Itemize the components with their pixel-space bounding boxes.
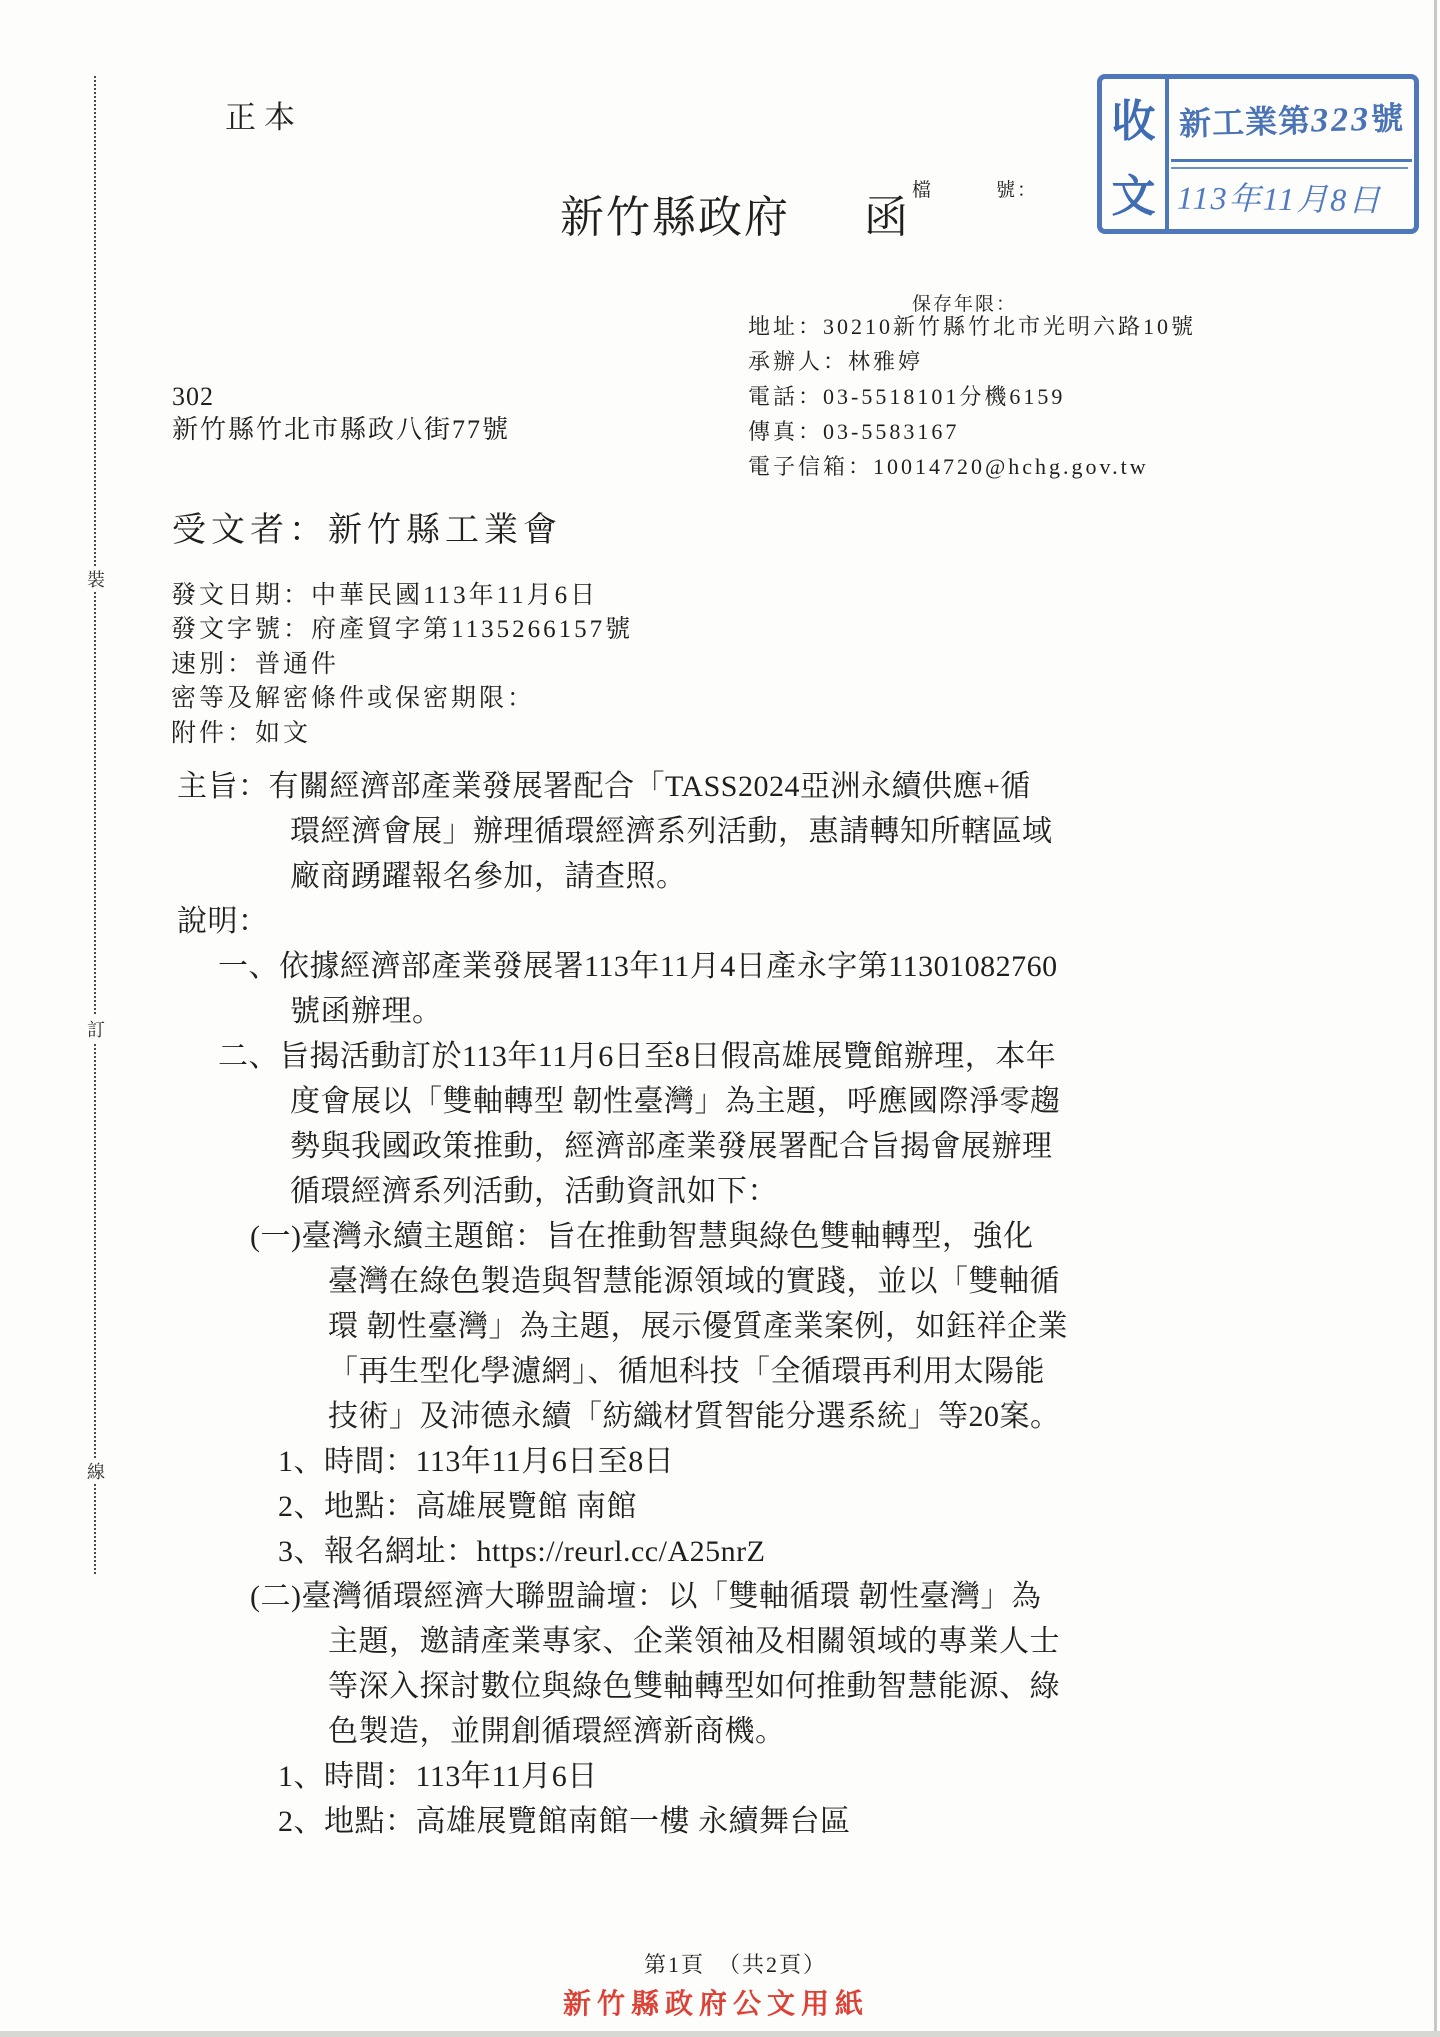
- contact-line: 承辦人：林雅婷: [748, 344, 1196, 379]
- file-number-label: 檔 號：: [912, 172, 1038, 210]
- body-line: 環經濟會展」辦理循環經濟系列活動，惠請轉知所轄區域: [0, 809, 1440, 854]
- body-line: 一、依據經濟部產業發展署113年11月4日產永字第11301082760: [0, 944, 1440, 989]
- recipient-line: 受文者：新竹縣工業會: [172, 502, 562, 551]
- stamp-doc-char: 文: [1111, 160, 1155, 224]
- contact-info-block: 地址：30210新竹縣竹北市光明六路10號承辦人：林雅婷電話：03-551810…: [748, 309, 1196, 484]
- meta-line: 密等及解密條件或保密期限：: [171, 682, 633, 716]
- body-line: 色製造，並開創循環經濟新商機。: [0, 1709, 1440, 1754]
- body-line: 1、時間：113年11月6日至8日: [0, 1439, 1440, 1484]
- body-line: 廠商踴躍報名參加，請查照。: [0, 854, 1440, 899]
- contact-line: 傳真：03-5583167: [748, 414, 1196, 449]
- stamp-serial-suffix: 號: [1370, 93, 1404, 140]
- body-line: 「再生型化學濾網」、循旭科技「全循環再利用太陽能: [0, 1349, 1440, 1394]
- body-line: 勢與我國政策推動，經濟部產業發展署配合旨揭會展辦理: [0, 1124, 1440, 1169]
- meta-line: 發文字號：府產貿字第1135266157號: [171, 613, 633, 647]
- body-line: 主題，邀請產業專家、企業領袖及相關領域的專業人士: [0, 1619, 1440, 1664]
- stamp-serial-number: 323: [1311, 101, 1372, 140]
- stamp-serial-row: 新工業第323 號: [1168, 76, 1415, 162]
- page-number: 第1頁 （共2頁）: [644, 1948, 827, 1979]
- meta-line: 速別：普通件: [171, 648, 633, 682]
- body-line: 等深入探討數位與綠色雙軸轉型如何推動智慧能源、綠: [0, 1664, 1440, 1709]
- body-line: 說明：: [0, 899, 1440, 944]
- sender-address-block: 302 新竹縣竹北市縣政八街77號: [172, 380, 510, 446]
- received-stamp-right-column: 新工業第323 號 113年11月8日: [1169, 79, 1414, 229]
- copy-label: 正本: [225, 92, 303, 137]
- stamp-serial-prefix: 新工業第: [1179, 102, 1312, 141]
- body-line: (二)臺灣循環經濟大聯盟論壇：以「雙軸循環 韌性臺灣」為: [0, 1574, 1440, 1619]
- body-line: 二、旨揭活動訂於113年11月6日至8日假高雄展覽館辦理，本年: [0, 1034, 1440, 1079]
- body-line: 度會展以「雙軸轉型 韌性臺灣」為主題，呼應國際淨零趨: [0, 1079, 1440, 1124]
- stamp-received-char: 收: [1111, 85, 1155, 149]
- body-line: 2、地點：高雄展覽館南館一樓 永續舞台區: [0, 1799, 1440, 1844]
- body-line: 1、時間：113年11月6日: [0, 1754, 1440, 1799]
- meta-line: 發文日期：中華民國113年11月6日: [171, 579, 633, 613]
- stamp-date-handwritten: 113年11月8日: [1169, 168, 1415, 231]
- body-line: 循環經濟系列活動，活動資訊如下：: [0, 1169, 1440, 1214]
- meta-line: 附件：如文: [171, 717, 633, 751]
- received-stamp-left-column: 收 文: [1102, 79, 1169, 229]
- scanned-official-letter: 正本 新竹縣政府函 檔 號： 保存年限： 收 文 新工業第323 號 113年1…: [0, 0, 1440, 2037]
- body-line: (一)臺灣永續主題館：旨在推動智慧與綠色雙軸轉型，強化: [0, 1214, 1440, 1259]
- sender-zip: 302: [172, 380, 510, 413]
- document-meta-block: 發文日期：中華民國113年11月6日發文字號：府產貿字第1135266157號速…: [171, 579, 633, 751]
- doc-type-label: 函: [864, 193, 908, 242]
- binding-char-zhuang: 裝: [85, 566, 107, 592]
- body-line: 技術」及沛德永續「紡織材質智能分選系統」等20案。: [0, 1394, 1440, 1439]
- stamp-serial-left: 新工業第323: [1178, 94, 1371, 145]
- issuing-org-name: 新竹縣政府: [560, 193, 790, 242]
- body-line: 2、地點：高雄展覽館 南館: [0, 1484, 1440, 1529]
- scan-bottom-edge: [0, 2031, 1440, 2037]
- document-body: 主旨：有關經濟部產業發展署配合「TASS2024亞洲永續供應+循環經濟會展」辦理…: [0, 764, 1440, 1844]
- body-line: 號函辦理。: [0, 989, 1440, 1034]
- scan-right-edge: [1434, 0, 1437, 2037]
- body-line: 環 韌性臺灣」為主題，展示優質產業案例，如鈺祥企業: [0, 1304, 1440, 1349]
- paper-type-label: 新竹縣政府公文用紙: [563, 1982, 869, 2022]
- contact-line: 電話：03-5518101分機6159: [748, 379, 1196, 414]
- body-line: 3、報名網址：https://reurl.cc/A25nrZ: [0, 1529, 1440, 1574]
- body-line: 臺灣在綠色製造與智慧能源領域的實踐，並以「雙軸循: [0, 1259, 1440, 1304]
- sender-street-address: 新竹縣竹北市縣政八街77號: [172, 413, 510, 446]
- body-line: 主旨：有關經濟部產業發展署配合「TASS2024亞洲永續供應+循: [0, 764, 1440, 809]
- document-title: 新竹縣政府函: [560, 181, 908, 245]
- contact-line: 電子信箱：10014720@hchg.gov.tw: [748, 449, 1196, 484]
- contact-line: 地址：30210新竹縣竹北市光明六路10號: [748, 309, 1196, 344]
- received-stamp: 收 文 新工業第323 號 113年11月8日: [1097, 74, 1419, 234]
